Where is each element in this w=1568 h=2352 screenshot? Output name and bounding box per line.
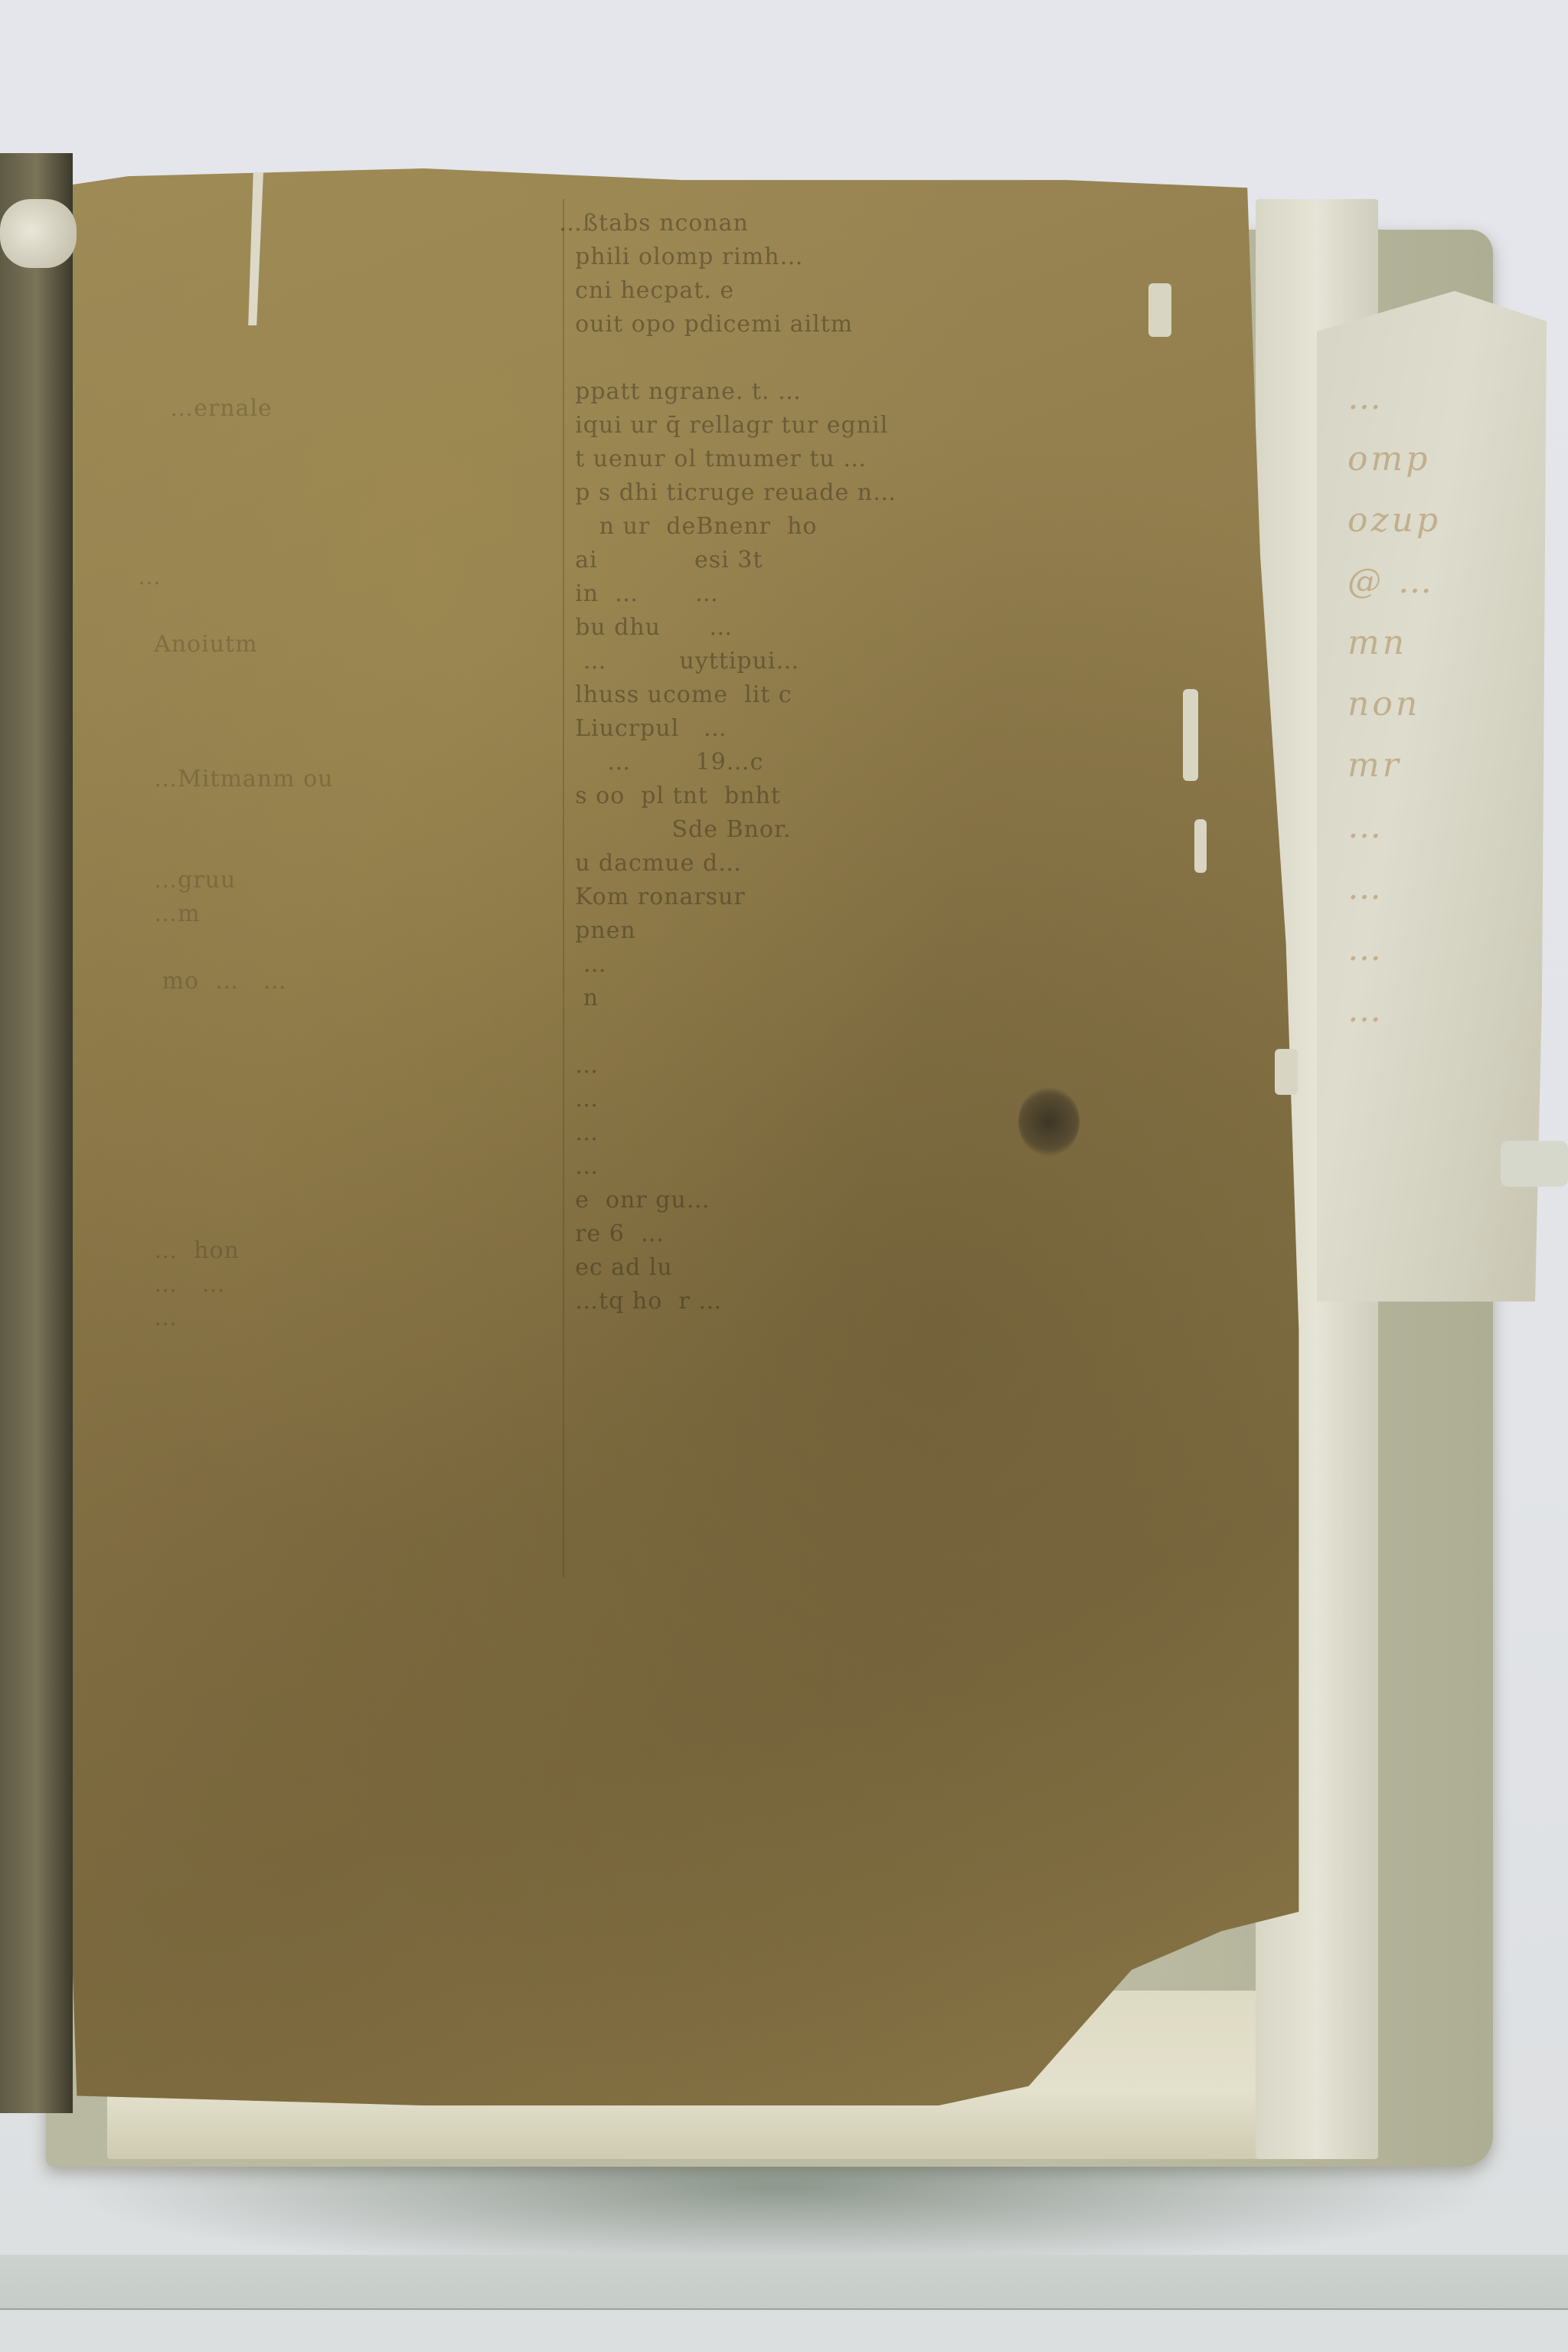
book-spine — [0, 153, 73, 2113]
tie-strap — [1501, 1141, 1568, 1187]
support-strip — [0, 2255, 1568, 2310]
margin-note-text: … omp ozup @ … mn non mr … … … … — [1347, 367, 1516, 1210]
tear — [1194, 819, 1207, 873]
text-column-right: …ßtabs nconan phili olomp rimh… cni hecp… — [559, 207, 1141, 1700]
tear — [1148, 283, 1171, 337]
binding-tie — [0, 199, 77, 268]
tear — [1183, 689, 1198, 781]
tear — [1275, 1049, 1298, 1095]
text-column-left: …ernale … Anoiutm …Mitmanm ou …gruu …m m… — [138, 291, 536, 1822]
